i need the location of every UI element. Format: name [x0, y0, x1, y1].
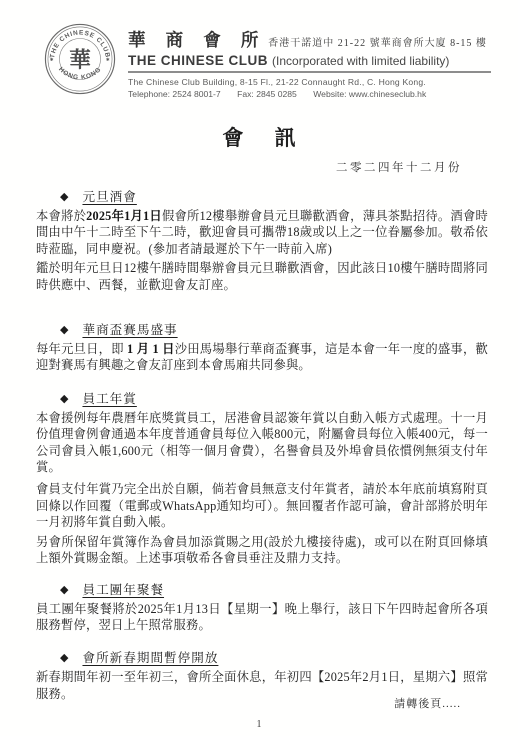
section-heading: 員工團年聚餐: [82, 579, 164, 598]
club-header: 華 商 會 所 香港干諾道中 21-22 號華商會所大廈 8-15 樓 THE …: [128, 27, 491, 99]
section-heading-row: ◆ 員工年賞: [36, 388, 488, 407]
club-name-english-suffix: (Incorporated with limited liability): [272, 54, 449, 68]
diamond-bullet-icon: ◆: [60, 323, 68, 336]
section-cny-closure: ◆ 會所新春期間暫停開放 新春期間年初一至年初三，會所全面休息，年初四【2025…: [36, 647, 488, 702]
diamond-bullet-icon: ◆: [60, 583, 68, 596]
star-separator-icon: ✱: [50, 57, 54, 62]
telephone-text: Telephone: 2524 8001-7: [128, 89, 221, 99]
seal-center-emblem: 華: [69, 47, 91, 72]
paragraph-text: 本會將於: [36, 209, 86, 223]
section-new-year-cocktail: ◆ 元旦酒會 本會將於2025年1月1日假會所12樓舉辦會員元旦聯歡酒會，薄具茶…: [36, 186, 488, 293]
paragraph: 本會將於2025年1月1日假會所12樓舉辦會員元旦聯歡酒會，薄具茶點招待。酒會時…: [36, 208, 488, 257]
section-staff-dinner: ◆ 員工團年聚餐 員工團年聚餐將於2025年1月13日【星期一】晚上舉行，該日下…: [36, 579, 488, 634]
section-heading: 員工年賞: [82, 388, 136, 407]
page-number: 1: [0, 719, 518, 730]
newsletter-title: 會 訊: [0, 122, 518, 152]
club-address-chinese: 香港干諾道中 21-22 號華商會所大廈 8-15 樓: [268, 34, 487, 49]
section-heading: 元旦酒會: [82, 186, 136, 205]
section-heading: 會所新春期間暫停開放: [82, 647, 218, 666]
paragraph-text: 每年元旦日，即: [36, 342, 127, 356]
section-heading-row: ◆ 員工團年聚餐: [36, 579, 488, 598]
paragraph: 另會所保留年賞簿作為會員加添賞賜之用(設於九樓接待處)，或可以在附頁回條填上額外…: [36, 534, 488, 567]
header-divider: [128, 71, 491, 73]
paragraph: 本會援例每年農曆年底獎賞員工，居港會員認簽年賞以自動入帳方式處理。十一月份值理會…: [36, 410, 488, 476]
diamond-bullet-icon: ◆: [60, 190, 68, 203]
diamond-bullet-icon: ◆: [60, 392, 68, 405]
section-heading-row: ◆ 會所新春期間暫停開放: [36, 647, 488, 666]
diamond-bullet-icon: ◆: [60, 651, 68, 664]
newsletter-body: ◆ 元旦酒會 本會將於2025年1月1日假會所12樓舉辦會員元旦聯歡酒會，薄具茶…: [36, 186, 488, 702]
club-address-english: The Chinese Club Building, 8-15 Fl., 21-…: [128, 77, 491, 87]
section-race-day: ◆ 華商盃賽馬盛事 每年元旦日，即 1 月 1 日沙田馬場舉行華商盃賽事，這是本…: [36, 319, 488, 374]
club-name-english-line: THE CHINESE CLUB (Incorporated with limi…: [128, 53, 491, 68]
newsletter-page: THE CHINESE CLUB HONG KONG ✱ ✱ 華 華 商 會 所…: [0, 0, 518, 736]
issue-month: 二零二四年十二月份: [336, 159, 462, 175]
paragraph: 員工團年聚餐將於2025年1月13日【星期一】晚上舉行，該日下午四時起會所各項服…: [36, 601, 488, 634]
paragraph: 鑑於明年元旦日12樓午膳時間舉辦會員元旦聯歡酒會，因此該日10樓午膳時間將同時供…: [36, 260, 488, 293]
website-text: Website: www.chineseclub.hk: [313, 89, 426, 99]
fax-text: Fax: 2845 0285: [237, 89, 297, 99]
club-seal-logo: THE CHINESE CLUB HONG KONG ✱ ✱ 華: [44, 23, 116, 95]
paragraph-bold-text: 1 月 1 日: [127, 342, 175, 356]
paragraph: 每年元旦日，即 1 月 1 日沙田馬場舉行華商盃賽事，這是本會一年一度的盛事，歡…: [36, 341, 488, 374]
section-staff-bonus: ◆ 員工年賞 本會援例每年農曆年底獎賞員工，居港會員認簽年賞以自動入帳方式處理。…: [36, 388, 488, 567]
club-contact-line: Telephone: 2524 8001-7 Fax: 2845 0285 We…: [128, 89, 491, 99]
star-separator-icon: ✱: [106, 57, 110, 62]
paragraph: 會員支付年賞乃完全出於自願，倘若會員無意支付年賞者，請於本年底前填寫附頁回條以作…: [36, 481, 488, 530]
club-name-chinese: 華 商 會 所: [128, 27, 266, 52]
club-name-line: 華 商 會 所 香港干諾道中 21-22 號華商會所大廈 8-15 樓: [128, 27, 491, 52]
section-heading-row: ◆ 元旦酒會: [36, 186, 488, 205]
club-name-english: THE CHINESE CLUB: [128, 53, 268, 68]
section-heading-row: ◆ 華商盃賽馬盛事: [36, 319, 488, 338]
section-heading: 華商盃賽馬盛事: [82, 319, 177, 338]
continue-note: 請轉後頁.....: [394, 695, 461, 711]
paragraph-bold-text: 2025年1月1日: [86, 209, 162, 223]
